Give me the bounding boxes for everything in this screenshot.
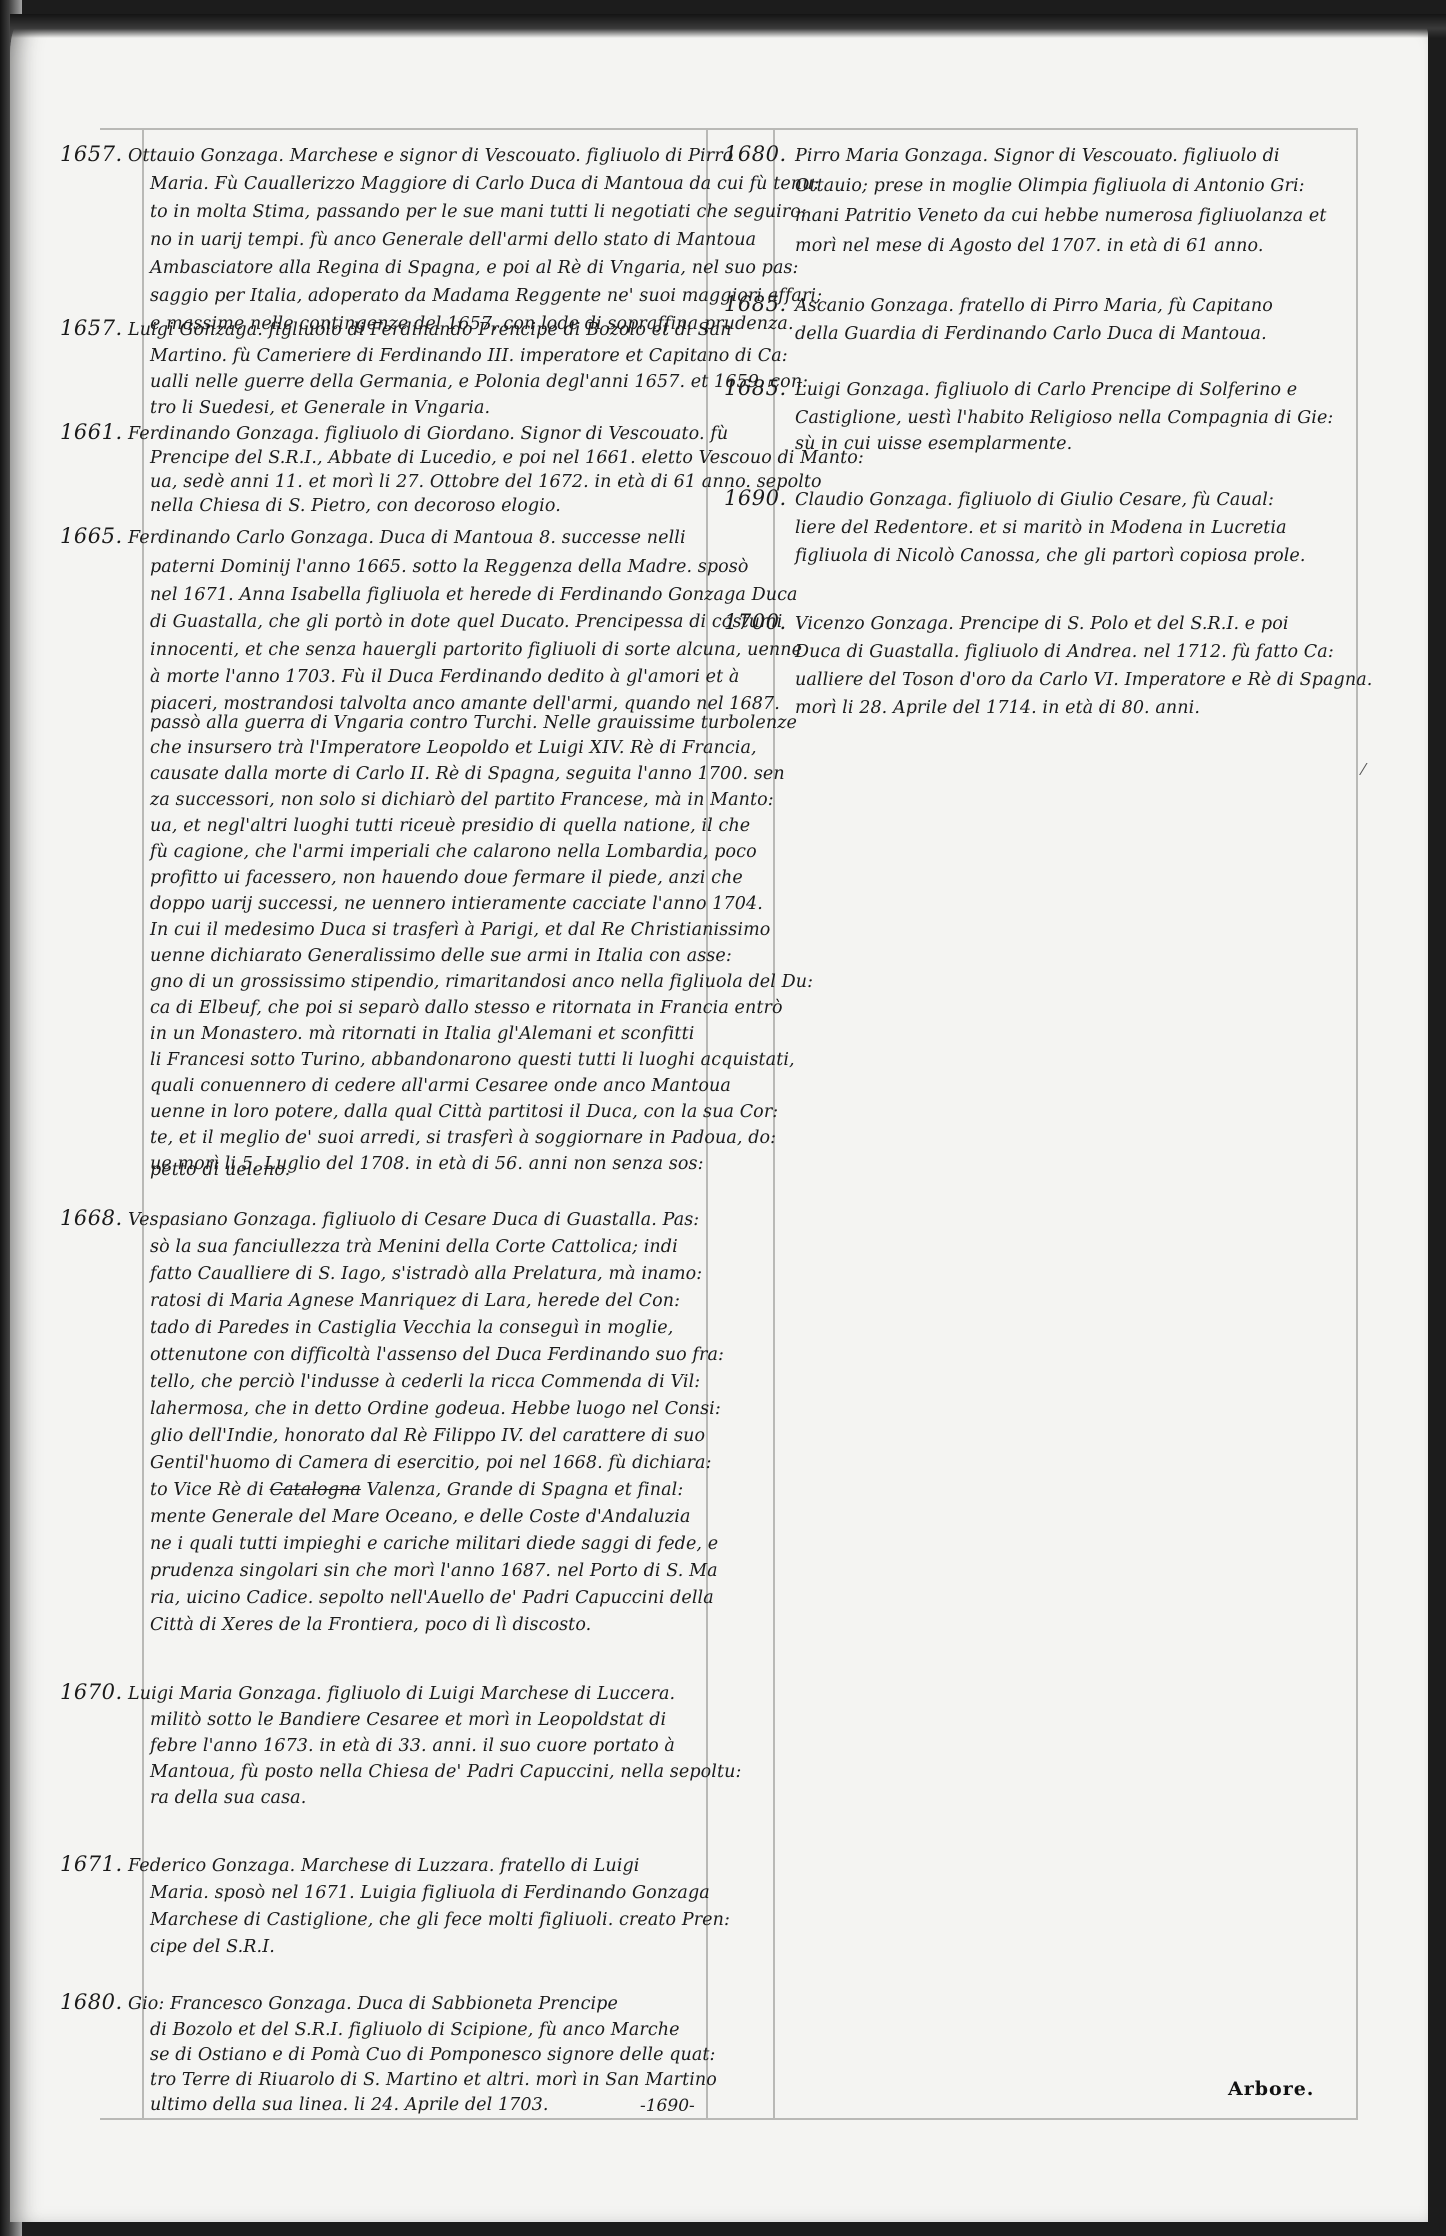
entry-line: uenne in loro potere, dalla qual Città p… xyxy=(150,1102,705,1122)
entry-line: se di Ostiano e di Pomà Cuo di Pomponesc… xyxy=(150,2045,705,2065)
entry-year: 1671. xyxy=(60,1852,123,1876)
entry-year: 1657. xyxy=(60,316,123,340)
entry-line: ria, uicino Cadice. sepolto nell'Auello … xyxy=(150,1588,705,1608)
entry-line: causate dalla morte di Carlo II. Rè di S… xyxy=(150,764,705,784)
entry-line: Maria. Fù Cauallerizzo Maggiore di Carlo… xyxy=(150,174,705,194)
entry-line: ottenutone con difficoltà l'assenso del … xyxy=(150,1345,705,1365)
entry-line: Maria. sposò nel 1671. Luigia figliuola … xyxy=(150,1883,705,1903)
entry-line: Castiglione, uestì l'habito Religioso ne… xyxy=(795,408,1365,428)
margin-pencil-mark: ⁄ xyxy=(1362,760,1365,779)
entry-line: Città di Xeres de la Frontiera, poco di … xyxy=(150,1615,705,1635)
entry-line: Gio: Francesco Gonzaga. Duca di Sabbione… xyxy=(128,1994,703,2014)
entry-line: Luigi Maria Gonzaga. figliuolo di Luigi … xyxy=(128,1684,703,1704)
entry-year: 1670. xyxy=(60,1680,123,1704)
entry-line: piaceri, mostrandosi talvolta anco amant… xyxy=(150,694,705,714)
entry-line: In cui il medesimo Duca si trasferì à Pa… xyxy=(150,920,705,940)
entry-line: Martino. fù Cameriere di Ferdinando III.… xyxy=(150,346,705,366)
entry-line: Federico Gonzaga. Marchese di Luzzara. f… xyxy=(128,1856,703,1876)
entry-line: Pirro Maria Gonzaga. Signor di Vescouato… xyxy=(795,146,1365,166)
entry-year: 1685. xyxy=(724,376,787,400)
entry-year: 1680. xyxy=(60,1990,123,2014)
entry-line: sò la sua fanciullezza trà Menini della … xyxy=(150,1237,705,1257)
entry-line: profitto ui facessero, non hauendo doue … xyxy=(150,868,705,888)
entry-line: za successori, non solo si dichiarò del … xyxy=(150,790,705,810)
entry-line: nella Chiesa di S. Pietro, con decoroso … xyxy=(150,496,705,516)
entry-line: della Guardia di Ferdinando Carlo Duca d… xyxy=(795,324,1365,344)
entry-line: morì nel mese di Agosto del 1707. in età… xyxy=(795,236,1365,256)
entry-line: saggio per Italia, adoperato da Madama R… xyxy=(150,286,705,306)
entry-line: ca di Elbeuf, che poi si separò dallo st… xyxy=(150,998,705,1018)
entry-line: gno di un grossissimo stipendio, rimarit… xyxy=(150,972,705,992)
entry-line: tado di Paredes in Castiglia Vecchia la … xyxy=(150,1318,705,1338)
folio-reference: -1690- xyxy=(640,2096,695,2116)
entry-line: Ferdinando Gonzaga. figliuolo di Giordan… xyxy=(128,424,703,444)
entry-line: di Guastalla, che gli portò in dote quel… xyxy=(150,612,705,632)
entry-line: febre l'anno 1673. in età di 33. anni. i… xyxy=(150,1736,705,1756)
entry-line: Ambasciatore alla Regina di Spagna, e po… xyxy=(150,258,705,278)
entry-line: Vespasiano Gonzaga. figliuolo di Cesare … xyxy=(128,1210,703,1230)
entry-line: Luigi Gonzaga. figliuolo di Carlo Prenci… xyxy=(795,380,1365,400)
entry-line: liere del Redentore. et si maritò in Mod… xyxy=(795,518,1365,538)
entry-line: tro li Suedesi, et Generale in Vngaria. xyxy=(150,398,705,418)
entry-line: Ascanio Gonzaga. fratello di Pirro Maria… xyxy=(795,296,1365,316)
torn-top-edge xyxy=(10,14,1446,38)
entry-line: li Francesi sotto Turino, abbandonarono … xyxy=(150,1050,705,1070)
top-rule xyxy=(100,128,1358,130)
entry-line: Luigi Gonzaga. figliuolo di Ferdinando P… xyxy=(128,320,703,340)
entry-line: tello, che perciò l'indusse à cederli la… xyxy=(150,1372,705,1392)
entry-line: fù cagione, che l'armi imperiali che cal… xyxy=(150,842,705,862)
entry-line: uenne dichiarato Generalissimo delle sue… xyxy=(150,946,705,966)
entry-line: cipe del S.R.I. xyxy=(150,1937,705,1957)
entry-line: Ottauio Gonzaga. Marchese e signor di Ve… xyxy=(128,146,703,166)
entry-line: che insursero trà l'Imperatore Leopoldo … xyxy=(150,738,705,758)
entry-year: 1700. xyxy=(724,610,787,634)
entry-year: 1657. xyxy=(60,142,123,166)
column-divider-rule-right xyxy=(773,128,775,2118)
struck-word: Catalogna xyxy=(270,1480,361,1500)
entry-line: Ottauio; prese in moglie Olimpia figliuo… xyxy=(795,176,1365,196)
entry-line: morì li 28. Aprile del 1714. in età di 8… xyxy=(795,698,1365,718)
entry-line: militò sotto le Bandiere Cesaree et morì… xyxy=(150,1710,705,1730)
entry-year: 1685. xyxy=(724,292,787,316)
entry-line: Ferdinando Carlo Gonzaga. Duca di Mantou… xyxy=(128,528,703,548)
entry-line: Prencipe del S.R.I., Abbate di Lucedio, … xyxy=(150,448,705,468)
entry-line: paterni Dominij l'anno 1665. sotto la Re… xyxy=(150,557,705,577)
entry-line: Gentil'huomo di Camera di esercitio, poi… xyxy=(150,1453,705,1473)
entry-year: 1668. xyxy=(60,1206,123,1230)
entry-line: Claudio Gonzaga. figliuolo di Giulio Ces… xyxy=(795,490,1365,510)
entry-line: to in molta Stima, passando per le sue m… xyxy=(150,202,705,222)
entry-line: mani Patritio Veneto da cui hebbe numero… xyxy=(795,206,1365,226)
entry-line: te, et il meglio de' suoi arredi, si tra… xyxy=(150,1128,705,1148)
entry-line: quali conuennero di cedere all'armi Cesa… xyxy=(150,1076,705,1096)
bottom-rule xyxy=(100,2118,1358,2120)
entry-line: lahermosa, che in detto Ordine godeua. H… xyxy=(150,1399,705,1419)
entry-line: à morte l'anno 1703. Fù il Duca Ferdinan… xyxy=(150,667,705,687)
entry-line: ua, et negl'altri luoghi tutti riceuè pr… xyxy=(150,816,705,836)
entry-line: no in uarij tempi. fù anco Generale dell… xyxy=(150,230,705,250)
entry-line: ra della sua casa. xyxy=(150,1788,705,1808)
entry-line: passò alla guerra di Vngaria contro Turc… xyxy=(150,713,705,733)
entry-year: 1665. xyxy=(60,524,123,548)
entry-line: Marchese di Castiglione, che gli fece mo… xyxy=(150,1910,705,1930)
entry-line: prudenza singolari sin che morì l'anno 1… xyxy=(150,1561,705,1581)
entry-line: ultimo della sua linea. li 24. Aprile de… xyxy=(150,2095,705,2115)
entry-line: nel 1671. Anna Isabella figliuola et her… xyxy=(150,585,705,605)
entry-line: Duca di Guastalla. figliuolo di Andrea. … xyxy=(795,642,1365,662)
entry-line: in un Monastero. mà ritornati in Italia … xyxy=(150,1024,705,1044)
entry-line: ualliere del Toson d'oro da Carlo VI. Im… xyxy=(795,670,1365,690)
entry-line: tro Terre di Riuarolo di S. Martino et a… xyxy=(150,2070,705,2090)
entry-line: glio dell'Indie, honorato dal Rè Filippo… xyxy=(150,1426,705,1446)
entry-line: ualli nelle guerre della Germania, e Pol… xyxy=(150,372,705,392)
entry-line: fatto Caualliere di S. Iago, s'istradò a… xyxy=(150,1264,705,1284)
text-segment: to Vice Rè di xyxy=(150,1480,270,1500)
entry-line: doppo uarij successi, ne uennero intiera… xyxy=(150,894,705,914)
entry-line: ua, sedè anni 11. et morì li 27. Ottobre… xyxy=(150,472,705,492)
entry-line: petto di ueleno. xyxy=(150,1160,705,1180)
catchword: Arbore. xyxy=(1228,2078,1314,2100)
entry-line: ratosi di Maria Agnese Manriquez di Lara… xyxy=(150,1291,705,1311)
entry-line: ne i quali tutti impieghi e cariche mili… xyxy=(150,1534,705,1554)
entry-line: innocenti, et che senza hauergli partori… xyxy=(150,640,705,660)
text-segment: Valenza, Grande di Spagna et final: xyxy=(361,1480,683,1500)
entry-line-with-strikethrough: to Vice Rè di Catalogna Valenza, Grande … xyxy=(150,1480,705,1500)
entry-line: di Bozolo et del S.R.I. figliuolo di Sci… xyxy=(150,2020,705,2040)
entry-line: sù in cui uisse esemplarmente. xyxy=(795,434,1365,454)
entry-line: figliuola di Nicolò Canossa, che gli par… xyxy=(795,546,1365,566)
entry-year: 1680. xyxy=(724,142,787,166)
entry-year: 1661. xyxy=(60,420,123,444)
entry-line: Mantoua, fù posto nella Chiesa de' Padri… xyxy=(150,1762,705,1782)
entry-line: mente Generale del Mare Oceano, e delle … xyxy=(150,1507,705,1527)
entry-line: Vicenzo Gonzaga. Prencipe di S. Polo et … xyxy=(795,614,1365,634)
entry-year: 1690. xyxy=(724,486,787,510)
